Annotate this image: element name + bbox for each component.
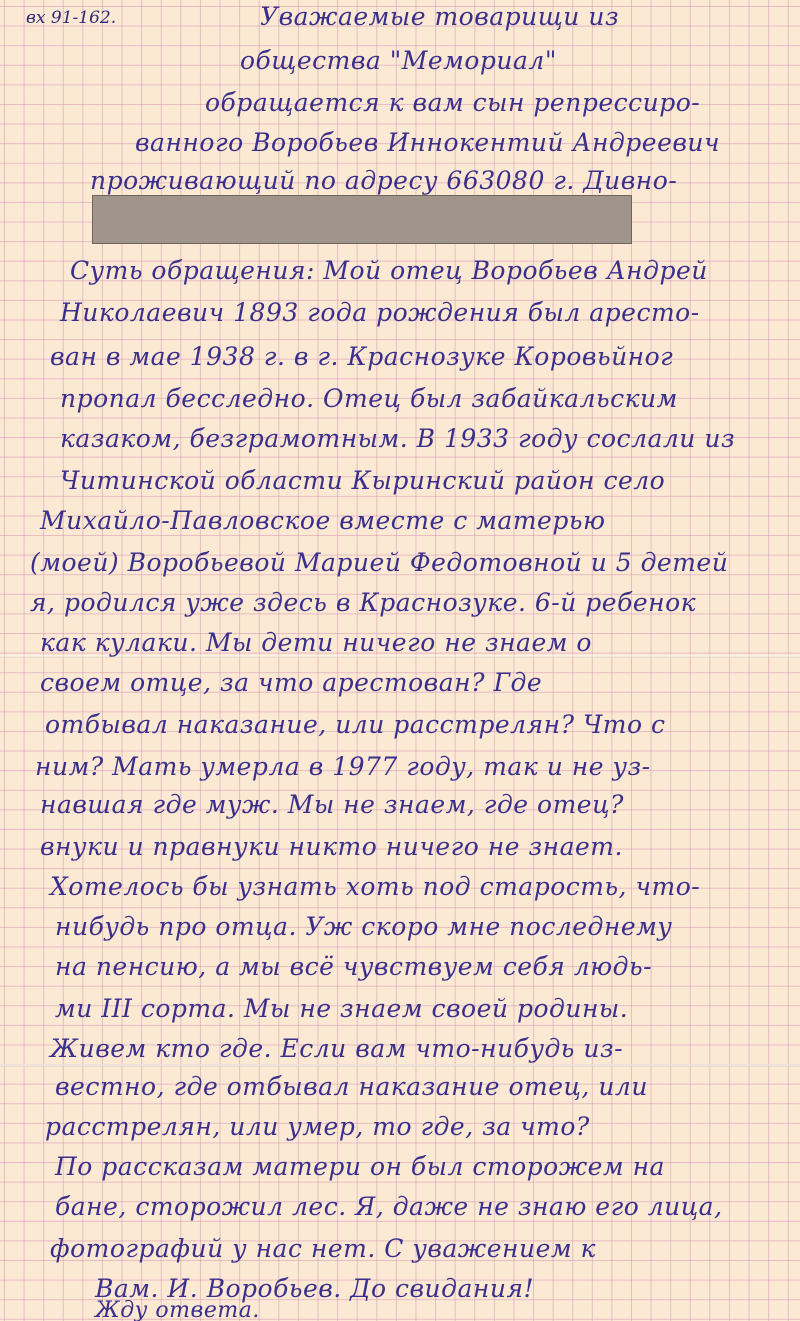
body-line: ван в мае 1938 г. в г. Краснозуке Коровь…	[50, 342, 673, 371]
body-line: навшая где муж. Мы не знаем, где отец?	[40, 790, 624, 819]
body-line: По рассказам матери он был сторожем на	[55, 1152, 665, 1181]
body-line: Хотелось бы узнать хоть под старость, чт…	[50, 872, 700, 901]
salutation-line-1: Уважаемые товарищи из	[260, 2, 619, 31]
body-line: внуки и правнуки никто ничего не знает.	[40, 832, 623, 861]
closing-awaiting-reply: Жду ответа.	[95, 1298, 260, 1321]
intro-line-2: ванного Воробьев Иннокентий Андреевич	[135, 128, 720, 157]
salutation-line-2: общества "Мемориал"	[240, 46, 557, 75]
body-line: Читинской области Кыринский район село	[60, 466, 665, 495]
body-line: Николаевич 1893 года рождения был аресто…	[60, 298, 700, 327]
body-line: Суть обращения: Мой отец Воробьев Андрей	[70, 256, 708, 285]
intro-line-3: проживающий по адресу 663080 г. Дивно-	[90, 166, 677, 195]
body-line: Михайло-Павловское вместе с матерью	[40, 506, 605, 535]
body-line: пропал бесследно. Отец был забайкальским	[60, 384, 678, 413]
body-line: бане, сторожил лес. Я, даже не знаю его …	[55, 1192, 723, 1221]
reference-number: вх 91-162.	[26, 8, 116, 28]
body-line: (моей) Воробьевой Марией Федотовной и 5 …	[30, 548, 728, 577]
body-line: ним? Мать умерла в 1977 году, так и не у…	[35, 752, 651, 781]
body-line: фотографий у нас нет. С уважением к	[50, 1234, 596, 1263]
body-line: ми III сорта. Мы не знаем своей родины.	[55, 994, 628, 1023]
paper-fold-2	[0, 1064, 800, 1067]
intro-line-1: обращается к вам сын репрессиро-	[205, 88, 700, 117]
body-line: на пенсию, а мы всё чувствуем себя людь-	[55, 952, 652, 981]
body-line: Живем кто где. Если вам что-нибудь из-	[50, 1034, 623, 1063]
redacted-address-block	[92, 195, 632, 244]
body-line: расстрелян, или умер, то где, за что?	[45, 1112, 590, 1141]
body-line: нибудь про отца. Уж скоро мне последнему	[55, 912, 672, 941]
body-line: как кулаки. Мы дети ничего не знаем о	[40, 628, 592, 657]
body-line: казаком, безграмотным. В 1933 году сосла…	[60, 424, 735, 453]
body-line: вестно, где отбывал наказание отец, или	[55, 1072, 648, 1101]
body-line: своем отце, за что арестован? Где	[40, 668, 542, 697]
body-line: я, родился уже здесь в Краснозуке. 6-й р…	[30, 588, 696, 617]
body-line: отбывал наказание, или расстрелян? Что с	[45, 710, 666, 739]
